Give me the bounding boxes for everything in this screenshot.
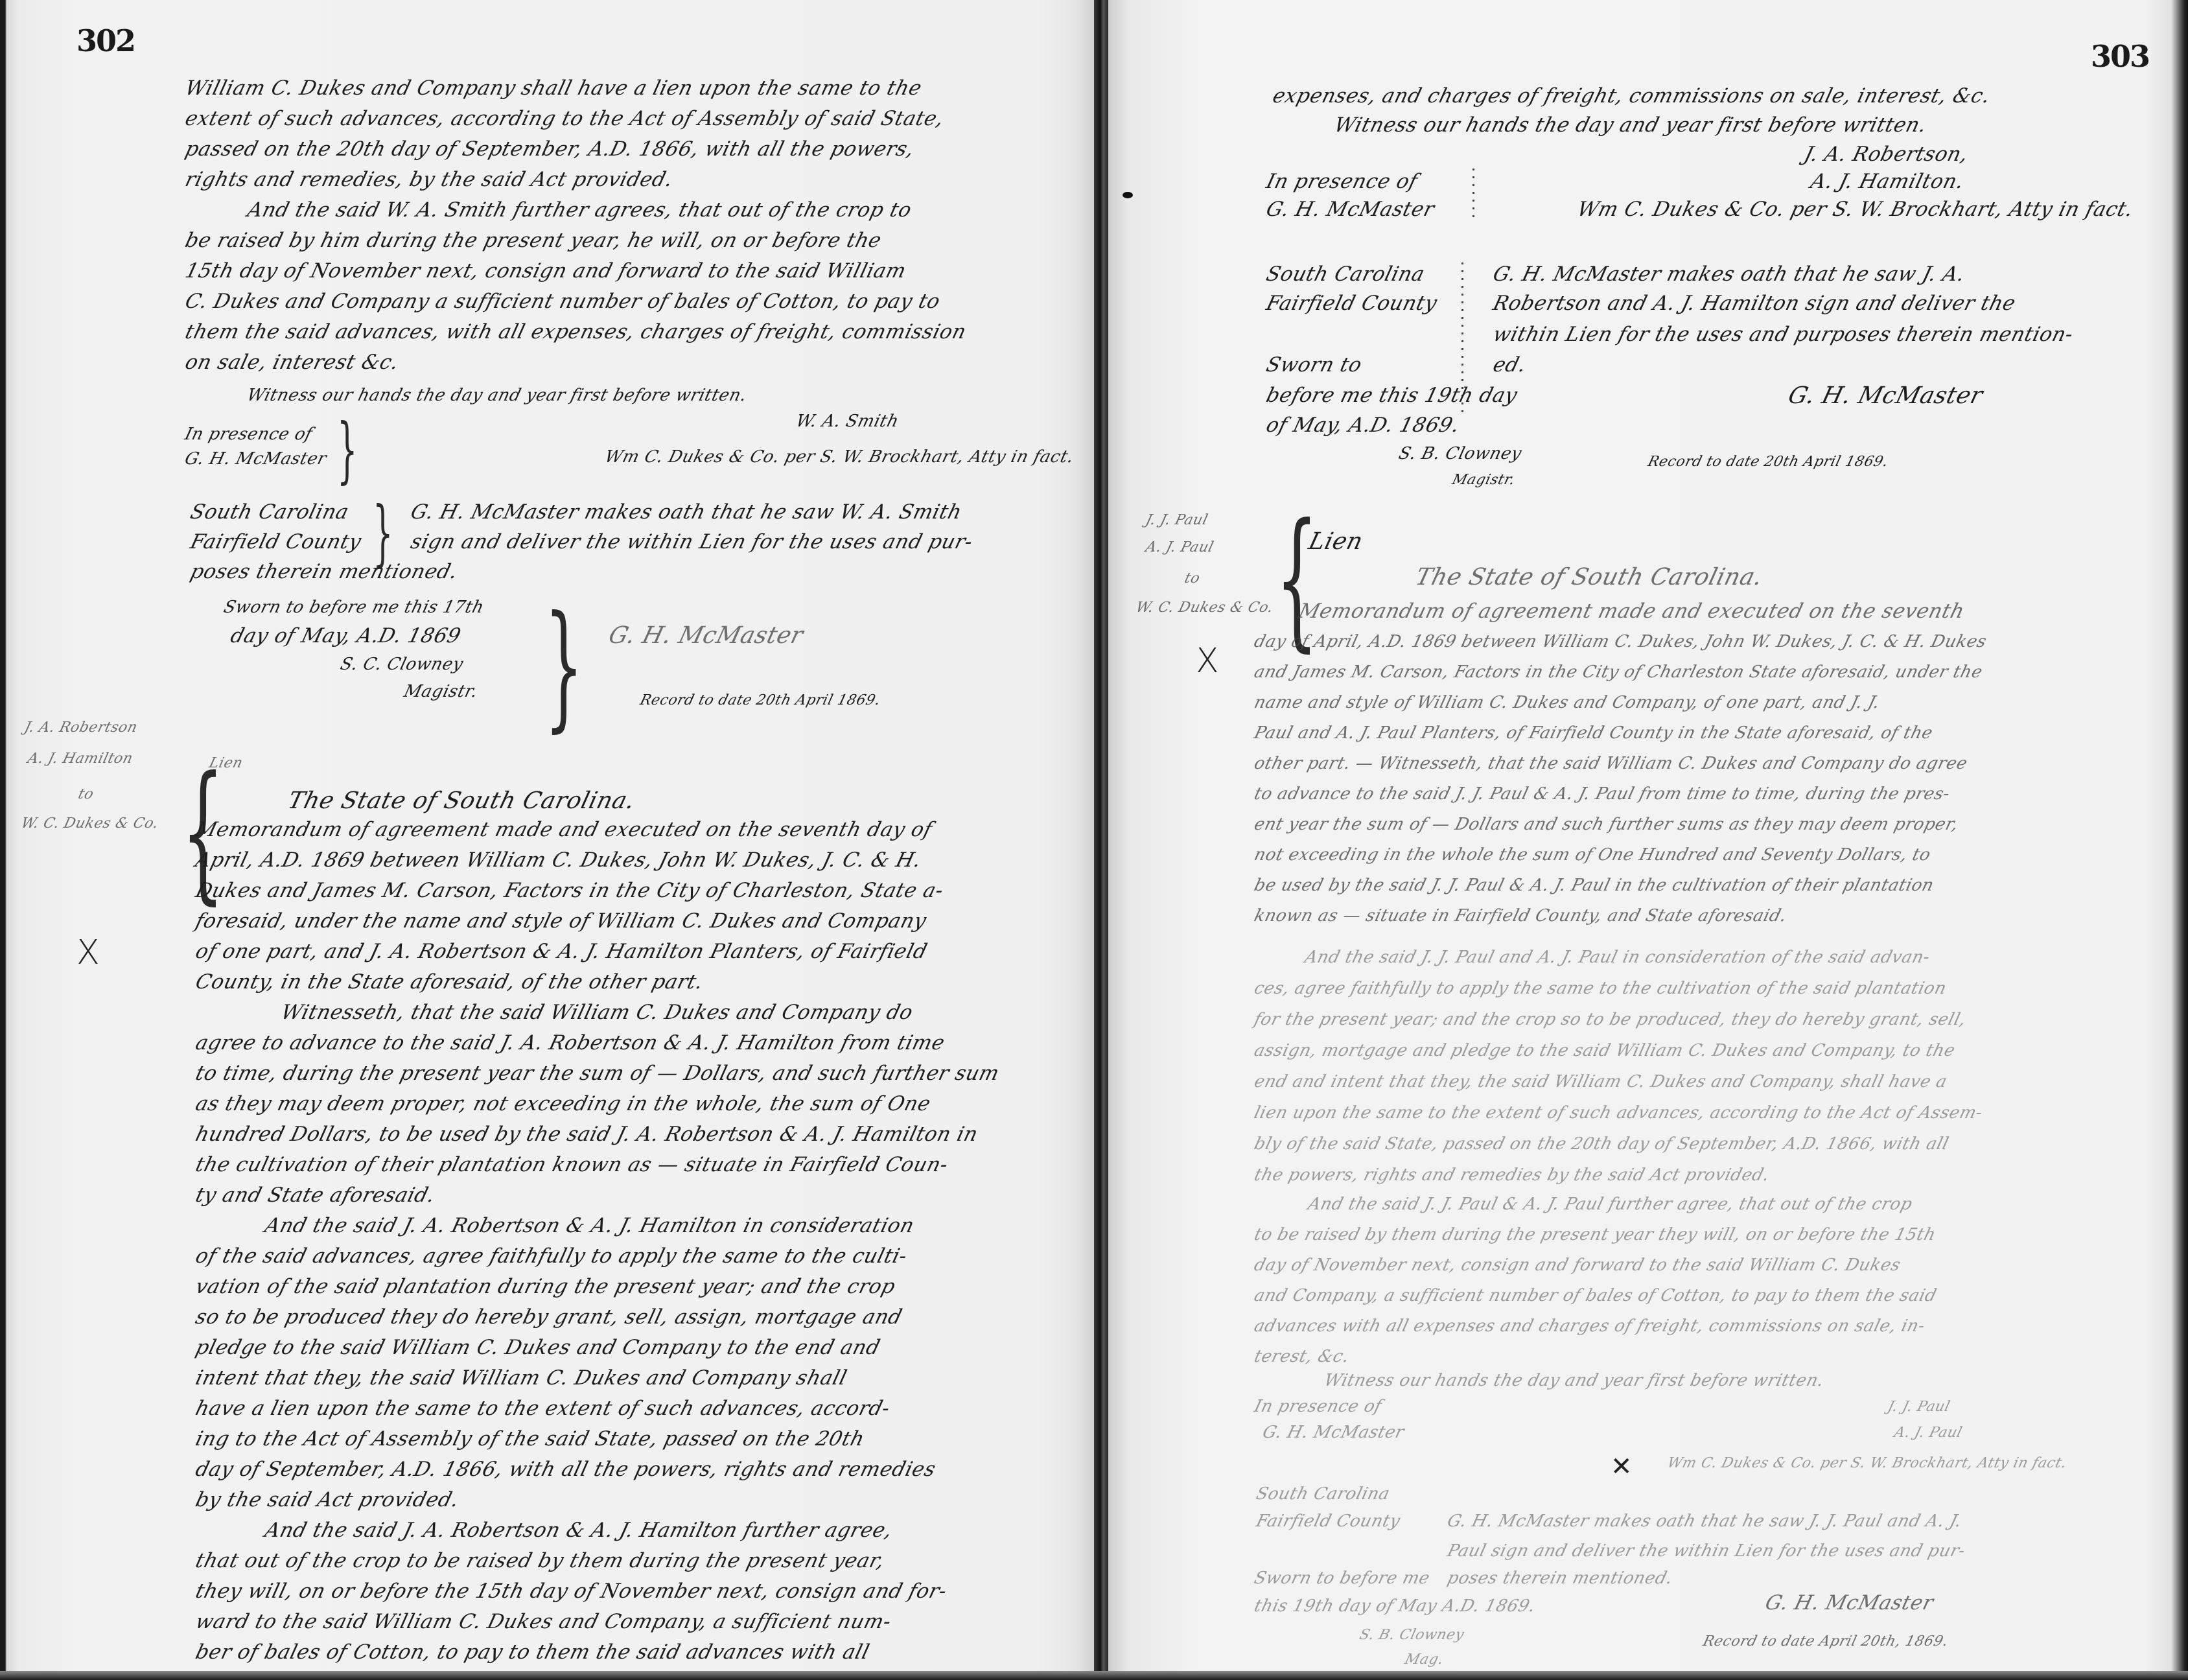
- witness-name: G. H. McMaster: [1264, 198, 1437, 221]
- text-line: ty and State aforesaid.: [193, 1184, 437, 1207]
- text-line: to advance to the said J. J. Paul & A. J…: [1252, 784, 1952, 804]
- text-line: other part. — Witnesseth, that the said …: [1252, 754, 1970, 773]
- scan-edge: [0, 1671, 2188, 1680]
- margin-party: J. A. Robertson: [23, 719, 139, 736]
- text-line: advances with all expenses and charges o…: [1252, 1316, 1927, 1336]
- signature: J. A. Robertson,: [1802, 143, 1971, 166]
- text-line: be used by the said J. J. Paul & A. J. P…: [1252, 876, 1936, 895]
- magistrate-name: S. C. Clowney: [338, 655, 465, 674]
- text-line: have a lien upon the same to the extent …: [193, 1397, 892, 1420]
- text-line: known as — situate in Fairfield County, …: [1252, 906, 1789, 926]
- sworn-line: Sworn to before me this 17th: [222, 598, 486, 617]
- text-line: C. Dukes and Company a sufficient number…: [183, 290, 943, 313]
- record-note: Record to date 20th April 1869.: [1646, 454, 1890, 470]
- witness-name: G. H. McMaster: [183, 449, 329, 469]
- company-signature: Wm C. Dukes & Co. per S. W. Brockhart, A…: [603, 447, 1076, 467]
- text-line: Paul and A. J. Paul Planters, of Fairfie…: [1252, 723, 1935, 743]
- signature: J. J. Paul: [1886, 1399, 1952, 1415]
- text-line: so to be produced they do hereby grant, …: [193, 1305, 905, 1329]
- text-line: of one part, and J. A. Robertson & A. J.…: [193, 940, 929, 963]
- page-302: 302 William C. Dukes and Company shall h…: [0, 0, 1095, 1680]
- text-line: for the present year; and the crop so to…: [1252, 1010, 1968, 1029]
- text-line: Witnesseth, that the said William C. Duk…: [279, 1001, 915, 1024]
- text-line: Dukes and James M. Carson, Factors in th…: [193, 879, 946, 902]
- affidavit-county: Fairfield County: [188, 530, 364, 554]
- sworn-line: Sworn to: [1264, 353, 1364, 377]
- text-line: foresaid, under the name and style of Wi…: [193, 909, 929, 933]
- margin-party: W. C. Dukes & Co.: [19, 815, 160, 832]
- company-signature: Wm C. Dukes & Co. per S. W. Brockhart, A…: [1575, 198, 2136, 221]
- text-line: terest, &c.: [1252, 1347, 1351, 1366]
- page-number: 303: [2091, 39, 2149, 74]
- sworn-line: of May, A.D. 1869.: [1264, 414, 1462, 437]
- ink-blot: [1123, 192, 1133, 198]
- text-line: the cultivation of their plantation know…: [193, 1153, 951, 1176]
- text-line: agree to advance to the said J. A. Rober…: [193, 1031, 948, 1055]
- witness-line: Witness our hands the day and year first…: [1322, 1371, 1826, 1390]
- magistrate-title: Magistr.: [402, 682, 480, 701]
- margin-party: to: [76, 786, 95, 802]
- text-line: by the said Act provided.: [193, 1488, 461, 1511]
- margin-party: A. J. Hamilton: [26, 751, 135, 767]
- margin-party: to: [1183, 570, 1202, 587]
- witness-name: G. H. McMaster: [1261, 1423, 1406, 1442]
- page-number: 302: [76, 23, 135, 58]
- text-line: assign, mortgage and pledge to the said …: [1252, 1041, 1957, 1060]
- text-line: within Lien for the uses and purposes th…: [1491, 323, 2076, 346]
- text-line: to be raised by them during the present …: [1252, 1225, 1938, 1244]
- text-line: poses therein mentioned.: [188, 560, 460, 583]
- magistrate-name: S. B. Clowney: [1358, 1627, 1466, 1643]
- text-line: ent year the sum of — Dollars and such f…: [1252, 815, 1961, 834]
- magistrate-title: Mag.: [1403, 1651, 1445, 1668]
- x-mark: X: [1196, 642, 1219, 681]
- brace: }: [544, 587, 583, 745]
- magistrate-name: S. B. Clowney: [1397, 444, 1524, 463]
- affidavit-county: Fairfield County: [1254, 1511, 1402, 1531]
- text-line: Memorandum of agreement made and execute…: [193, 818, 935, 841]
- affidavit-state: South Carolina: [1254, 1484, 1392, 1504]
- text-line: poses therein mentioned.: [1445, 1569, 1675, 1588]
- sworn-line: this 19th day of May A.D. 1869.: [1252, 1596, 1537, 1616]
- witness-line: Witness our hands the day and year first…: [245, 386, 749, 405]
- text-line: as they may deem proper, not exceeding i…: [193, 1092, 933, 1115]
- text-line: and James M. Carson, Factors in the City…: [1252, 662, 1984, 682]
- text-line: ed.: [1491, 353, 1529, 377]
- text-line: And the said W. A. Smith further agrees,…: [245, 198, 914, 222]
- text-line: vation of the said plantation during the…: [193, 1275, 898, 1298]
- x-mark: ✕: [1611, 1452, 1633, 1482]
- deponent-signature: G. H. McMaster: [1763, 1591, 1936, 1615]
- text-line: G. H. McMaster makes oath that he saw J.…: [1445, 1511, 1964, 1531]
- text-line: name and style of William C. Dukes and C…: [1252, 693, 1882, 712]
- sworn-line: before me this 19th day: [1264, 384, 1520, 407]
- text-line: passed on the 20th day of September, A.D…: [183, 137, 916, 161]
- in-presence-of: In presence of: [183, 425, 314, 444]
- book-gutter: [1094, 0, 1110, 1680]
- text-line: ber of bales of Cotton, to pay to them t…: [193, 1640, 872, 1664]
- text-line: they will, on or before the 15th day of …: [193, 1580, 949, 1603]
- signature: W. A. Smith: [794, 412, 901, 431]
- record-note: Record to date 20th April 1869.: [638, 692, 882, 708]
- text-line: intent that they, the said William C. Du…: [193, 1366, 850, 1390]
- text-line: day of September, A.D. 1866, with all th…: [193, 1458, 938, 1481]
- text-line: that out of the crop to be raised by the…: [193, 1549, 887, 1572]
- sworn-line: Sworn to before me: [1252, 1569, 1432, 1588]
- text-line: sign and deliver the within Lien for the…: [408, 530, 975, 554]
- signature: A. J. Paul: [1892, 1425, 1964, 1441]
- in-presence-of: In presence of: [1264, 170, 1420, 193]
- text-line: ward to the said William C. Dukes and Co…: [193, 1610, 894, 1633]
- company-signature: Wm C. Dukes & Co. per S. W. Brockhart, A…: [1666, 1455, 2068, 1471]
- text-line: ces, agree faithfully to apply the same …: [1252, 979, 1948, 998]
- ledger-spread: 302 William C. Dukes and Company shall h…: [0, 0, 2188, 1680]
- record-note: Record to date April 20th, 1869.: [1701, 1633, 1950, 1650]
- text-line: ing to the Act of Assembly of the said S…: [193, 1427, 867, 1451]
- text-line: end and intent that they, the said Willi…: [1252, 1072, 1949, 1091]
- in-presence-of: In presence of: [1252, 1397, 1384, 1416]
- sworn-line: day of May, A.D. 1869: [228, 624, 463, 647]
- lien-label: Lien: [1306, 528, 1366, 555]
- margin-party: J. J. Paul: [1144, 512, 1210, 528]
- text-line: And the said J. A. Robertson & A. J. Ham…: [262, 1519, 895, 1542]
- text-line: to time, during the present year the sum…: [193, 1062, 1002, 1085]
- brace: }: [337, 408, 358, 491]
- text-line: hundred Dollars, to be used by the said …: [193, 1123, 981, 1146]
- text-line: on sale, interest &c.: [183, 351, 401, 374]
- text-line: April, A.D. 1869 between William C. Duke…: [193, 848, 924, 872]
- text-line: G. H. McMaster makes oath that he saw W.…: [408, 500, 964, 524]
- text-line: bly of the said State, passed on the 20t…: [1252, 1134, 1951, 1154]
- text-line: County, in the State aforesaid, of the o…: [193, 970, 706, 994]
- affidavit-county: Fairfield County: [1264, 292, 1439, 315]
- signature: A. J. Hamilton.: [1808, 170, 1966, 193]
- text-line: pledge to the said William C. Dukes and …: [193, 1336, 883, 1359]
- text-line: lien upon the same to the extent of such…: [1252, 1103, 1984, 1123]
- text-line: them the said advances, with all expense…: [183, 320, 969, 344]
- affidavit-state: South Carolina: [188, 500, 351, 524]
- text-line: William C. Dukes and Company shall have …: [183, 76, 924, 100]
- deponent-signature: G. H. McMaster: [606, 622, 806, 649]
- text-line: Memorandum of agreement made and execute…: [1296, 600, 1967, 623]
- dotted-brace: [1472, 169, 1474, 220]
- text-line: expenses, and charges of freight, commis…: [1270, 84, 1993, 108]
- affidavit-state: South Carolina: [1264, 262, 1427, 286]
- text-line: Robertson and A. J. Hamilton sign and de…: [1491, 292, 2018, 315]
- text-line: be raised by him during the present year…: [183, 229, 884, 252]
- margin-party: A. J. Paul: [1144, 539, 1215, 555]
- lien-heading: The State of South Carolina.: [1413, 564, 1765, 590]
- text-line: And the said J. J. Paul & A. J. Paul fur…: [1306, 1195, 1914, 1214]
- text-line: 15th day of November next, consign and f…: [183, 259, 909, 283]
- text-line: Paul sign and deliver the within Lien fo…: [1445, 1541, 1968, 1561]
- magistrate-title: Magistr.: [1450, 472, 1517, 488]
- deponent-signature: G. H. McMaster: [1786, 382, 1986, 409]
- text-line: And the said J. A. Robertson & A. J. Ham…: [262, 1214, 916, 1237]
- witness-line: Witness our hands the day and year first…: [1332, 113, 1929, 137]
- x-mark: X: [76, 933, 100, 972]
- text-line: of the said advances, agree faithfully t…: [193, 1244, 910, 1268]
- text-line: rights and remedies, by the said Act pro…: [183, 168, 675, 191]
- lien-heading: The State of South Carolina.: [285, 787, 638, 814]
- text-line: day of April, A.D. 1869 between William …: [1252, 632, 1988, 651]
- text-line: extent of such advances, according to th…: [183, 107, 946, 130]
- text-line: not exceeding in the whole the sum of On…: [1252, 845, 1933, 865]
- text-line: And the said J. J. Paul and A. J. Paul i…: [1303, 948, 1932, 967]
- text-line: G. H. McMaster makes oath that he saw J.…: [1491, 262, 1968, 286]
- text-line: and Company, a sufficient number of bale…: [1252, 1286, 1938, 1305]
- text-line: the powers, rights and remedies by the s…: [1252, 1165, 1771, 1185]
- page-303: 303 expenses, and charges of freight, co…: [1108, 0, 2188, 1680]
- text-line: day of November next, consign and forwar…: [1252, 1255, 1903, 1275]
- margin-party: W. C. Dukes & Co.: [1134, 600, 1275, 616]
